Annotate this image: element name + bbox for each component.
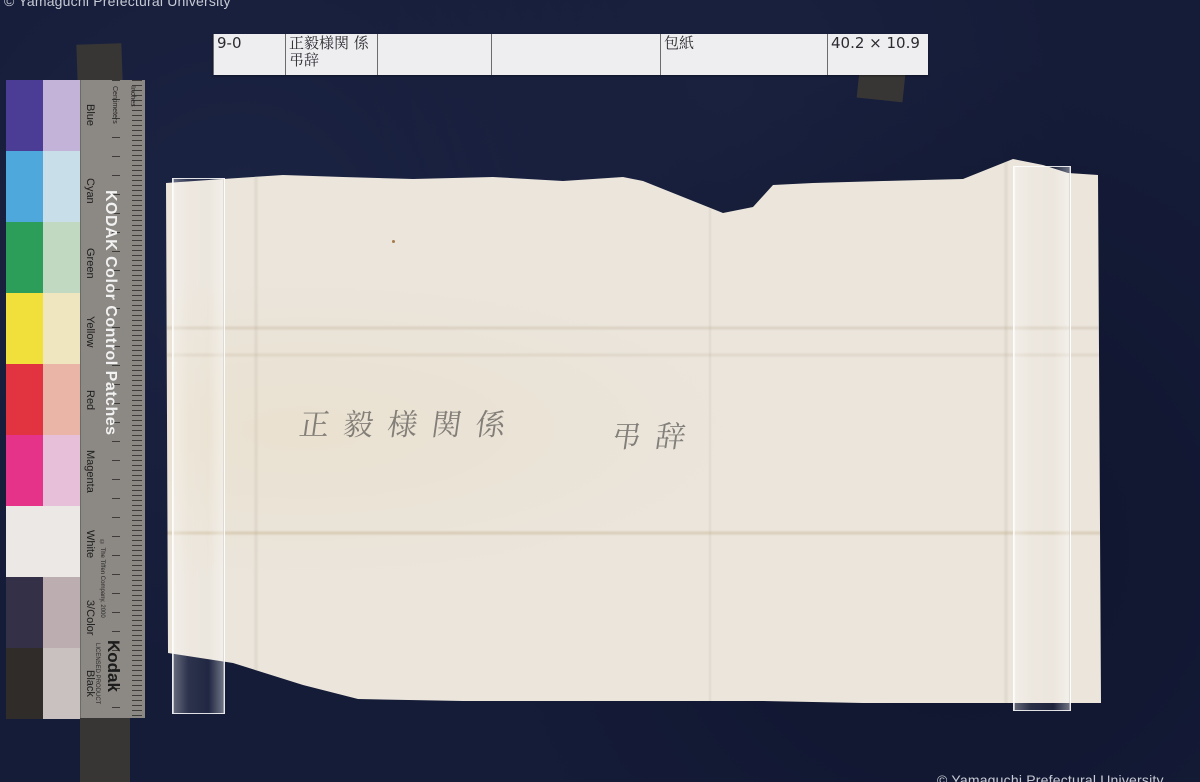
patch-yellow [6,293,80,364]
handwriting-title: 弔辞 [609,412,703,456]
patch-blue [6,80,80,151]
label-type: 包紙 [661,34,828,75]
ruler-brand-text: KODAK Color Control Patches [101,190,119,436]
licensed-product-text: LICENSED PRODUCT [94,643,100,704]
patch-3color [6,577,80,648]
kodak-logo: Kodak [103,640,123,692]
copyright-watermark-bottom: © Yamaguchi Prefectural University [937,772,1164,782]
patch-label-3color: 3/Color [84,600,96,635]
patch-label-cyan: Cyan [84,178,96,204]
ruler-copyright: © The Tiffen Company, 2000 [99,540,105,618]
patch-label-red: Red [84,390,96,410]
paper-spot [392,240,395,243]
label-dimensions: 40.2 × 10.9 [828,34,928,75]
patch-white [6,506,80,577]
acrylic-weight-right [1013,166,1071,711]
handwriting-recipient: 正毅様関係 [297,400,523,444]
patch-cyan [6,151,80,222]
patch-red [6,364,80,435]
patch-label-magenta: Magenta [84,450,96,493]
patch-label-blue: Blue [84,104,96,126]
tape-top-left [76,43,122,83]
catalog-label: 9-0 正毅様関 係弔辞 包紙 40.2 × 10.9 [213,34,928,75]
acrylic-weight-left [172,178,225,714]
patch-black [6,648,80,719]
copyright-watermark-top: © Yamaguchi Prefectural University [4,0,231,9]
patch-magenta [6,435,80,506]
ruler-unit-cm: Centimeters [111,86,118,124]
color-control-patches [6,80,80,715]
label-number: 9-0 [213,34,286,75]
tape-bottom-left [80,712,130,782]
patch-label-green: Green [84,248,96,279]
label-title: 正毅様関 係弔辞 [286,34,378,75]
label-blank-1 [378,34,492,75]
patch-green [6,222,80,293]
ruler-unit-inches: Inches [129,86,136,107]
ruler-ticks [120,80,142,718]
patch-label-white: White [84,530,96,558]
label-blank-2 [492,34,661,75]
patch-label-yellow: Yellow [84,316,96,347]
kodak-ruler: Blue Cyan Green Yellow Red Magenta White… [80,80,145,718]
